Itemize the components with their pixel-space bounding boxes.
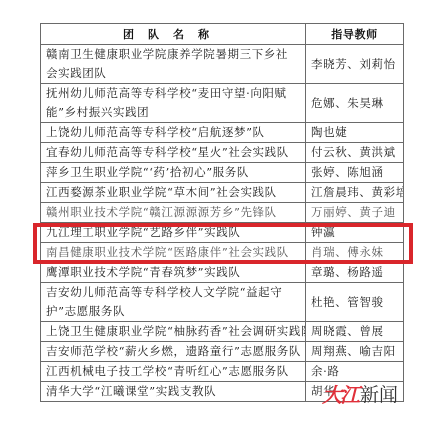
teacher-cell: 肖瑞、傅永妹 xyxy=(306,243,404,263)
teacher-cell: 周翔燕、喻吉阳 xyxy=(306,342,404,362)
table-row: 鹰潭职业技术学院“青春筑梦”实践队章璐、杨路遥 xyxy=(41,263,404,283)
teacher-cell: 陶也婕 xyxy=(306,123,404,143)
team-cell: 江西机械电子技工学校“青听红心”志愿服务队 xyxy=(41,362,306,382)
table-row: 宜春幼儿师范高等专科学校“星火”社会实践队付云秋、黄洪斌 xyxy=(41,143,404,163)
highlighted-table-row: 九江理工职业学院“艺路乡伴”实践队钟瀛 xyxy=(41,223,404,243)
team-cell: 鹰潭职业技术学院“青春筑梦”实践队 xyxy=(41,263,306,283)
table-row: 吉安师范学校“薪火乡燃，遗路童行”志愿服务队周翔燕、喻吉阳 xyxy=(41,342,404,362)
team-cell: 江西婺源茶业职业学院“草木间”社会实践队 xyxy=(41,183,306,203)
teacher-cell: 危娜、朱昊琳 xyxy=(306,84,404,123)
team-cell: 宜春幼儿师范高等专科学校“星火”社会实践队 xyxy=(41,143,306,163)
table-row: 南昌健康职业技术学院“医路康伴”社会实践队肖瑞、傅永妹 xyxy=(41,243,404,263)
team-table: 团队名称 指导教师 赣南卫生健康职业学院康养学院暑期三下乡社会实践团队李晓芳、刘… xyxy=(40,23,404,402)
table-row: 抚州幼儿师范高等专科学校“麦田守望·向阳赋能”乡村振兴实践团危娜、朱昊琳 xyxy=(41,84,404,123)
teacher-cell: 余·路 xyxy=(306,362,404,382)
team-cell: 上饶幼儿师范高等专科学校“启航逐梦”队 xyxy=(41,123,306,143)
team-cell: 吉安幼儿师范高等专科学校人文学院“益起守护”志愿服务队 xyxy=(41,283,306,322)
teacher-cell: 张婷、陈旭涵 xyxy=(306,163,404,183)
team-cell: 赣南卫生健康职业学院康养学院暑期三下乡社会实践团队 xyxy=(41,45,306,84)
table-row: 赣南卫生健康职业学院康养学院暑期三下乡社会实践团队李晓芳、刘莉怡 xyxy=(41,45,404,84)
team-cell: 萍乡卫生职业学院“‘药’拾初心”服务队 xyxy=(41,163,306,183)
teacher-cell: 江詹晨玮、黄彩培 xyxy=(306,183,404,203)
team-cell: 抚州幼儿师范高等专科学校“麦田守望·向阳赋能”乡村振兴实践团 xyxy=(41,84,306,123)
teacher-cell: 万丽婷、黄子迪 xyxy=(306,203,404,223)
header-teacher: 指导教师 xyxy=(306,24,404,45)
teacher-cell: 章璐、杨路遥 xyxy=(306,263,404,283)
teacher-cell: 周晓霞、曾展 xyxy=(306,322,404,342)
table-row: 吉安幼儿师范高等专科学校人文学院“益起守护”志愿服务队杜艳、管智骏 xyxy=(41,283,404,322)
team-cell: 赣州职业技术学院“赣江源源源芳乡”先锋队 xyxy=(41,203,306,223)
teacher-cell: 胡华 xyxy=(306,382,404,402)
table-header-row: 团队名称 指导教师 xyxy=(41,24,404,45)
header-team-name: 团队名称 xyxy=(41,24,306,45)
teacher-cell: 钟瀛 xyxy=(306,223,404,243)
team-cell: 清华大学“江曦课堂”实践支教队 xyxy=(41,382,306,402)
table-row: 江西机械电子技工学校“青听红心”志愿服务队余·路 xyxy=(41,362,404,382)
table-row: 赣州职业技术学院“赣江源源源芳乡”先锋队万丽婷、黄子迪 xyxy=(41,203,404,223)
table-row: 萍乡卫生职业学院“‘药’拾初心”服务队张婷、陈旭涵 xyxy=(41,163,404,183)
team-cell: 上饶卫生健康职业学院“柚脉药香”社会调研实践队 xyxy=(41,322,306,342)
teacher-cell: 杜艳、管智骏 xyxy=(306,283,404,322)
team-cell: 九江理工职业学院“艺路乡伴”实践队 xyxy=(41,223,306,243)
team-cell: 南昌健康职业技术学院“医路康伴”社会实践队 xyxy=(41,243,306,263)
table-row: 清华大学“江曦课堂”实践支教队胡华 xyxy=(41,382,404,402)
table-row: 江西婺源茶业职业学院“草木间”社会实践队江詹晨玮、黄彩培 xyxy=(41,183,404,203)
table-row: 上饶幼儿师范高等专科学校“启航逐梦”队陶也婕 xyxy=(41,123,404,143)
teacher-cell: 李晓芳、刘莉怡 xyxy=(306,45,404,84)
table-row: 上饶卫生健康职业学院“柚脉药香”社会调研实践队周晓霞、曾展 xyxy=(41,322,404,342)
teacher-cell: 付云秋、黄洪斌 xyxy=(306,143,404,163)
team-cell: 吉安师范学校“薪火乡燃，遗路童行”志愿服务队 xyxy=(41,342,306,362)
